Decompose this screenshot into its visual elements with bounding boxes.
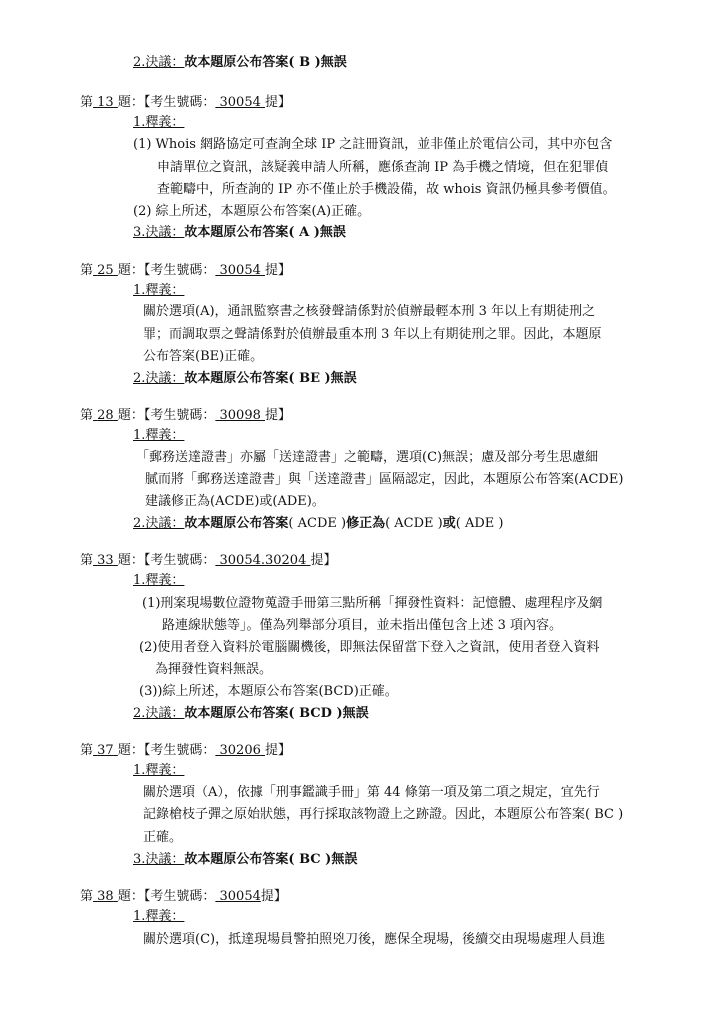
decision-text: 故本題原公布答案: [184, 516, 288, 531]
paragraph-line: 為揮發性資料無誤。: [155, 662, 272, 678]
question-mid: 題：【考生號碼：: [118, 553, 216, 568]
question-number: 38: [93, 889, 118, 904]
question-suffix: 提】: [261, 889, 287, 904]
question-mid: 題：【考生號碼：: [118, 743, 216, 758]
question-suffix: 提】: [265, 263, 291, 278]
decision-text: 或: [443, 516, 456, 531]
decision-line: 2.決議：故本題原公布答案( ACDE )修正為( ACDE )或( ADE ): [133, 516, 503, 532]
decision-label: 3.決議：: [133, 852, 184, 867]
question-number: 33: [93, 553, 118, 568]
decision-line: 3.決議：故本題原公布答案( A )無誤: [133, 225, 346, 241]
decision-text: 修正為: [346, 516, 385, 531]
decision-text: 故本題原公布答案( A )無誤: [184, 225, 345, 240]
question-suffix: 提】: [265, 743, 291, 758]
question-header-25: 第 25 題：【考生號碼： 30054 提】: [80, 263, 291, 279]
paragraph-line: (2) 綜上所述，本題原公布答案(A)正確。: [133, 204, 370, 220]
question-prefix: 第: [80, 889, 93, 904]
paragraph-line: 建議修正為(ACDE)或(ADE)。: [145, 494, 325, 510]
question-header-28: 第 28 題：【考生號碼： 30098 提】: [80, 408, 291, 424]
explain-label: 1.釋義：: [133, 115, 184, 131]
question-mid: 題：【考生號碼：: [118, 95, 216, 110]
question-suffix: 提】: [310, 553, 336, 568]
decision-line: 3.決議：故本題原公布答案( BC )無誤: [133, 852, 357, 868]
paragraph-line: 查範疇中，所查詢的 IP 亦不僅止於手機設備，故 whois 資訊仍極具參考價值…: [157, 182, 616, 198]
examinee-number: 30054: [215, 889, 261, 904]
decision-line: 2.決議：故本題原公布答案( BCD )無誤: [133, 706, 369, 722]
question-prefix: 第: [80, 743, 93, 758]
decision-text: 故本題原公布答案( BE )無誤: [184, 371, 356, 386]
decision-answer: ( ACDE ): [288, 516, 346, 531]
decision-text: 故本題原公布答案( BC )無誤: [184, 852, 357, 867]
question-prefix: 第: [80, 408, 93, 423]
question-mid: 題：【考生號碼：: [118, 889, 216, 904]
question-number: 37: [93, 743, 118, 758]
explain-label: 1.釋義：: [133, 763, 184, 779]
question-header-37: 第 37 題：【考生號碼： 30206 提】: [80, 743, 291, 759]
question-mid: 題：【考生號碼：: [118, 408, 216, 423]
decision-label: 2.決議：: [133, 55, 184, 70]
paragraph-line: 關於選項(A)，通訊監察書之核發聲請係對於偵辦最輕本刑 3 年以上有期徒刑之: [143, 304, 595, 320]
paragraph-line: 關於選項（A），依據「刑事鑑識手冊」第 44 條第一項及第二項之規定，宜先行: [143, 785, 600, 801]
question-prefix: 第: [80, 95, 93, 110]
paragraph-line: 申請單位之資訊，該疑義申請人所稱，應係查詢 IP 為手機之情境，但在犯罪偵: [157, 160, 608, 176]
paragraph-line: 公布答案(BE)正確。: [143, 349, 263, 365]
examinee-number: 30054: [215, 95, 265, 110]
decision-text: 故本題原公布答案( B )無誤: [184, 55, 346, 70]
explain-label: 1.釋義：: [133, 428, 184, 444]
decision-label: 2.決議：: [133, 371, 184, 386]
examinee-number: 30054.30204: [215, 553, 310, 568]
question-header-33: 第 33 題：【考生號碼： 30054.30204 提】: [80, 553, 337, 569]
decision-label: 2.決議：: [133, 706, 184, 721]
examinee-number: 30206: [215, 743, 265, 758]
paragraph-line: (3))綜上所述，本題原公布答案(BCD)正確。: [139, 684, 398, 700]
decision-answer: ( ACDE ): [385, 516, 443, 531]
question-header-38: 第 38 題：【考生號碼： 30054提】: [80, 889, 287, 905]
question-number: 28: [93, 408, 118, 423]
paragraph-line: 「郵務送達證書」亦屬「送達證書」之範疇，選項(C)無誤；慮及部分考生思慮細: [136, 450, 598, 466]
question-number: 25: [93, 263, 118, 278]
paragraph-line: 路連線狀態等」。僅為列舉部分項目，並未指出僅包含上述 3 項內容。: [162, 618, 562, 634]
question-mid: 題：【考生號碼：: [118, 263, 216, 278]
explain-label: 1.釋義：: [133, 909, 184, 925]
decision-label: 2.決議：: [133, 516, 184, 531]
question-prefix: 第: [80, 553, 93, 568]
paragraph-line: 記錄槍枝子彈之原始狀態，再行採取該物證上之跡證。因此，本題原公布答案( BC ): [143, 807, 623, 823]
explain-label: 1.釋義：: [133, 573, 184, 589]
decision-line: 2.決議：故本題原公布答案( B )無誤: [133, 55, 347, 71]
examinee-number: 30098: [215, 408, 265, 423]
question-header-13: 第 13 題：【考生號碼： 30054 提】: [80, 95, 291, 111]
paragraph-line: 膩而將「郵務送達證書」與「送達證書」區隔認定，因此，本題原公布答案(ACDE): [145, 472, 623, 488]
paragraph-line: 關於選項(C)，抵達現場員警拍照兇刀後，應保全現場，後續交由現場處理人員進: [143, 932, 605, 948]
question-suffix: 提】: [265, 95, 291, 110]
paragraph-line: (1) Whois 網路協定可查詢全球 IP 之註冊資訊，並非僅止於電信公司，其…: [133, 137, 612, 153]
examinee-number: 30054: [215, 263, 265, 278]
paragraph-line: (1)刑案現場數位證物蒐證手冊第三點所稱「揮發性資料：記憶體、處理程序及網: [142, 596, 602, 612]
question-prefix: 第: [80, 263, 93, 278]
explain-label: 1.釋義：: [133, 283, 184, 299]
question-number: 13: [93, 95, 118, 110]
paragraph-line: 罪；而調取票之聲請係對於偵辦最重本刑 3 年以上有期徒刑之罪。因此，本題原: [143, 327, 602, 343]
question-suffix: 提】: [265, 408, 291, 423]
decision-text: 故本題原公布答案( BCD )無誤: [184, 706, 368, 721]
decision-label: 3.決議：: [133, 225, 184, 240]
paragraph-line: (2)使用者登入資料於電腦關機後，即無法保留當下登入之資訊，使用者登入資料: [139, 640, 599, 656]
decision-answer: ( ADE ): [456, 516, 504, 531]
decision-line: 2.決議：故本題原公布答案( BE )無誤: [133, 371, 357, 387]
paragraph-line: 正確。: [143, 830, 182, 846]
